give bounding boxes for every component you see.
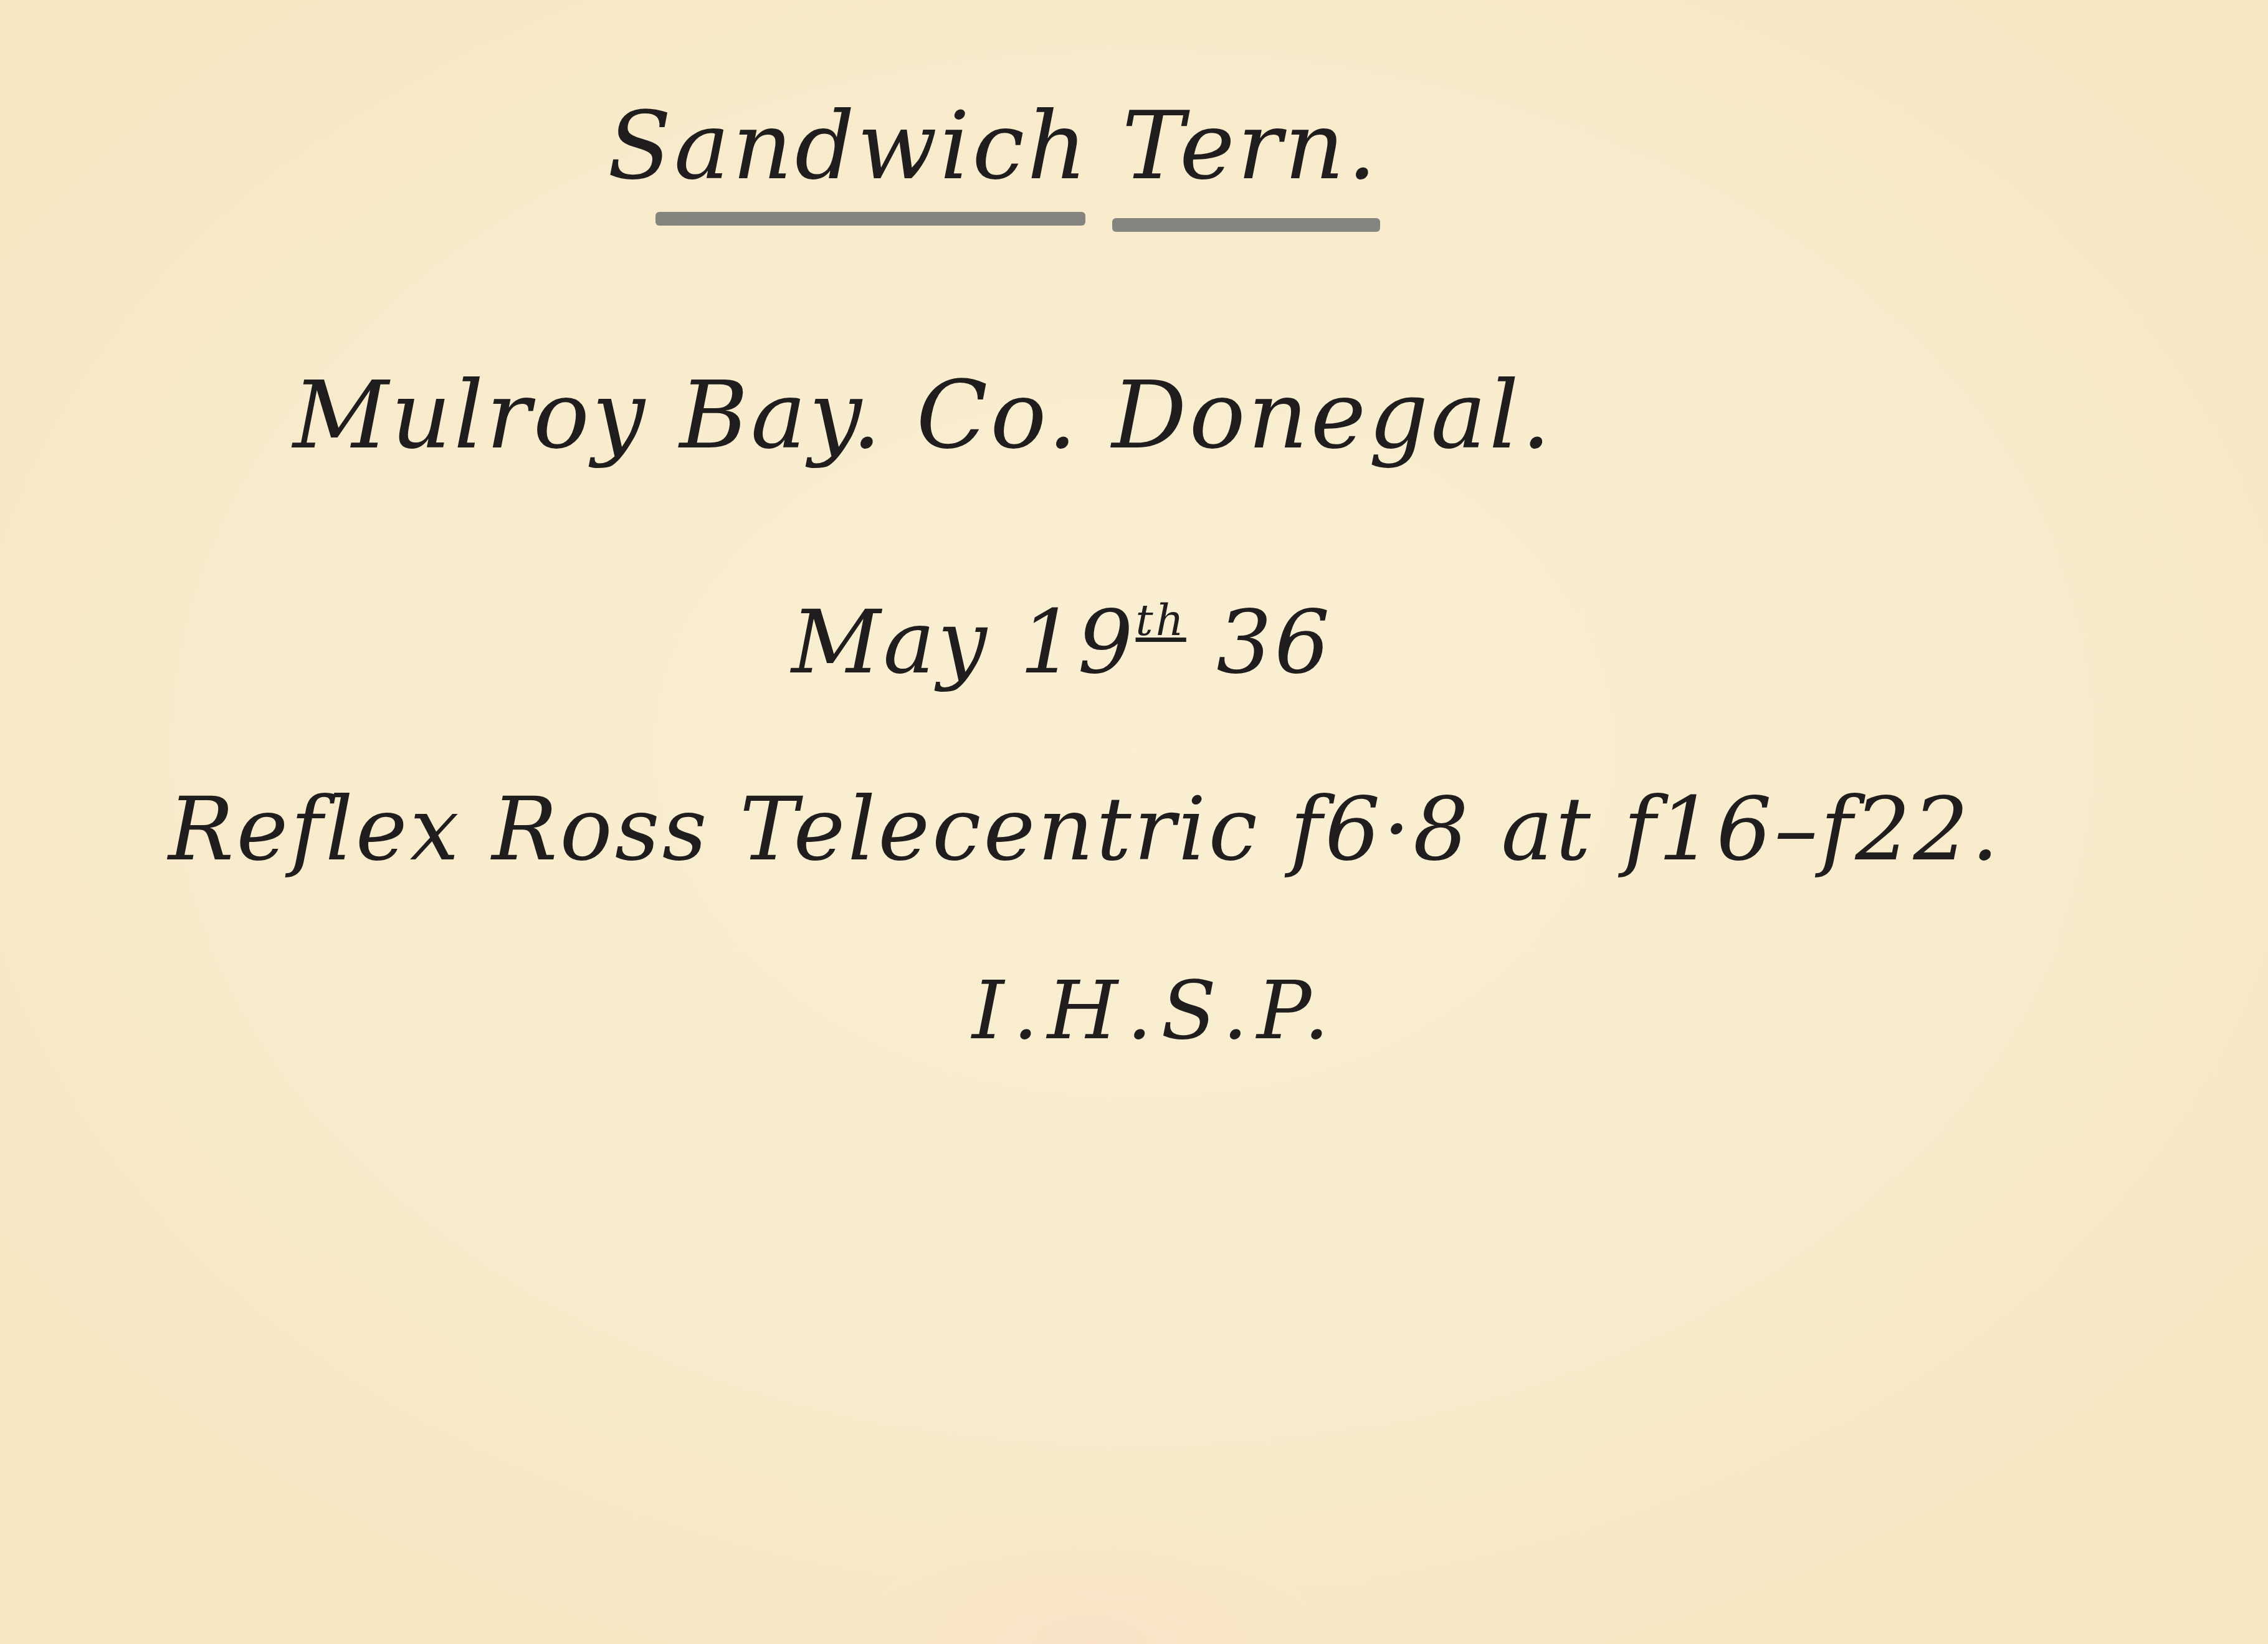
date-line: May 19th 36 [791,592,1332,694]
species-title: Sandwich Tern. [607,100,1379,193]
title-underline-right [1112,218,1380,232]
camera-equipment-line: Reflex Ross Telecentric f6·8 at f16–f22. [168,779,2001,881]
date-year: 36 [1216,592,1332,694]
date-month-day: May 19 [791,592,1136,694]
author-initials: I.H.S.P. [972,963,1338,1058]
date-ordinal-suffix: th [1136,595,1186,646]
title-underline-left [655,212,1085,226]
handwritten-note-card: Sandwich Tern. Mulroy Bay. Co. Donegal. … [0,0,2268,1644]
location-line: Mulroy Bay. Co. Donegal. [293,361,1553,470]
